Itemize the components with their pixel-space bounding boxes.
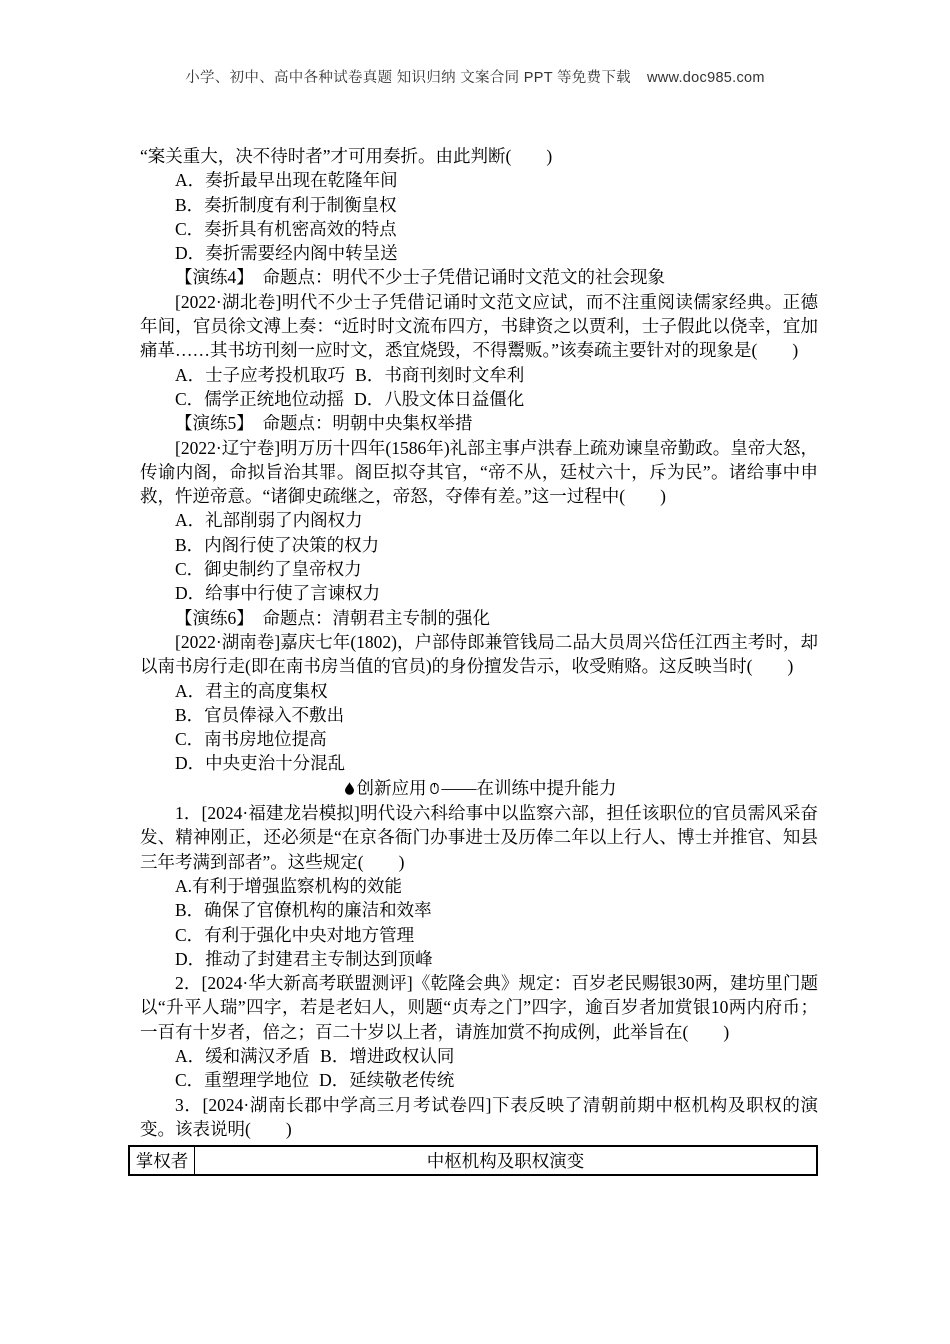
site-url-link[interactable]: www.doc985.com	[647, 70, 765, 86]
exercise4-header: 【演练4】 命题点：明代不少士子凭借记诵时文范文的社会现象	[140, 265, 818, 289]
table-header-row: 掌权者 中枢机构及职权演变	[129, 1146, 817, 1175]
innovation-section-header: 创新应用——在训练中提升能力	[140, 776, 818, 801]
question-stem: [2022·湖北卷]明代不少士子凭借记诵时文范文应试，而不注重阅读儒家经典。正德…	[140, 290, 818, 363]
central-organ-table: 掌权者 中枢机构及职权演变	[128, 1145, 818, 1176]
option-c: C．儒学正统地位动摇	[175, 389, 344, 409]
question-stem: 1．[2024·福建龙岩模拟]明代设六科给事中以监察六部，担任该职位的官员需风采…	[140, 801, 818, 874]
table-header-power-holder: 掌权者	[129, 1146, 195, 1175]
option-c: C．奏折具有机密高效的特点	[140, 217, 818, 241]
exercise6-header: 【演练6】 命题点：清朝君主专制的强化	[140, 606, 818, 630]
question-stem: “案关重大，决不待时者”才可用奏折。由此判断( )	[140, 144, 818, 168]
option-d: D．给事中行使了言谏权力	[140, 581, 818, 605]
question-stem: [2022·辽宁卷]明万历十四年(1586年)礼部主事卢洪春上疏劝谏皇帝勤政。皇…	[140, 436, 818, 509]
question-stem: 2．[2024·华大新高考联盟测评]《乾隆会典》规定：百岁老民赐银30两，建坊里…	[140, 971, 818, 1044]
option-c: C．重塑理学地位	[175, 1070, 309, 1090]
option-row-ab: A．缓和满汉矛盾B．增进政权认同	[140, 1044, 818, 1068]
site-notice: 小学、初中、高中各种试卷真题 知识归纳 文案合同 PPT 等免费下载	[185, 70, 631, 86]
option-d: D．延续敬老传统	[319, 1070, 454, 1090]
table-header-organ-evolution: 中枢机构及职权演变	[195, 1146, 818, 1175]
mouse-icon	[430, 777, 439, 801]
option-a: A．君主的高度集权	[140, 679, 818, 703]
option-a: A．缓和满汉矛盾	[175, 1046, 310, 1066]
document-body: “案关重大，决不待时者”才可用奏折。由此判断( ) A．奏折最早出现在乾隆年间 …	[140, 144, 818, 1176]
option-a: A．士子应考投机取巧	[175, 365, 345, 385]
option-d: D．奏折需要经内阁中转呈送	[140, 241, 818, 265]
option-row-cd: C．重塑理学地位D．延续敬老传统	[140, 1068, 818, 1092]
option-b: B．官员俸禄入不敷出	[140, 703, 818, 727]
option-a: A．奏折最早出现在乾隆年间	[140, 168, 818, 192]
option-b: B．确保了官僚机构的廉洁和效率	[140, 898, 818, 922]
option-b: B．内阁行使了决策的权力	[140, 533, 818, 557]
option-a: A．礼部削弱了内阁权力	[140, 508, 818, 532]
option-d: D．中央吏治十分混乱	[140, 751, 818, 775]
question-stem: 3．[2024·湖南长郡中学高三月考试卷四]下表反映了清朝前期中枢机构及职权的演…	[140, 1093, 818, 1142]
option-row-cd: C．儒学正统地位动摇D．八股文体日益僵化	[140, 387, 818, 411]
option-b: B．奏折制度有利于制衡皇权	[140, 193, 818, 217]
option-d: D．八股文体日益僵化	[354, 389, 524, 409]
exercise5-header: 【演练5】 命题点：明朝中央集权举措	[140, 411, 818, 435]
exam-page: { "site_header": { "notice": "小学、初中、高中各种…	[0, 0, 950, 1344]
question-stem: [2022·湖南卷]嘉庆七年(1802)，户部侍郎兼管钱局二品大员周兴岱任江西主…	[140, 630, 818, 679]
option-a: A.有利于增强监察机构的效能	[140, 874, 818, 898]
site-header: 小学、初中、高中各种试卷真题 知识归纳 文案合同 PPT 等免费下载www.do…	[0, 66, 950, 87]
innovation-title: 创新应用	[357, 778, 427, 798]
pen-nib-icon	[345, 777, 354, 801]
option-d: D．推动了封建君主专制达到顶峰	[140, 947, 818, 971]
option-c: C．南书房地位提高	[140, 727, 818, 751]
option-b: B．书商刊刻时文牟利	[355, 365, 524, 385]
option-row-ab: A．士子应考投机取巧B．书商刊刻时文牟利	[140, 363, 818, 387]
option-c: C．有利于强化中央对地方管理	[140, 923, 818, 947]
innovation-subtitle: ——在训练中提升能力	[442, 778, 617, 798]
option-c: C．御史制约了皇帝权力	[140, 557, 818, 581]
option-b: B．增进政权认同	[320, 1046, 454, 1066]
